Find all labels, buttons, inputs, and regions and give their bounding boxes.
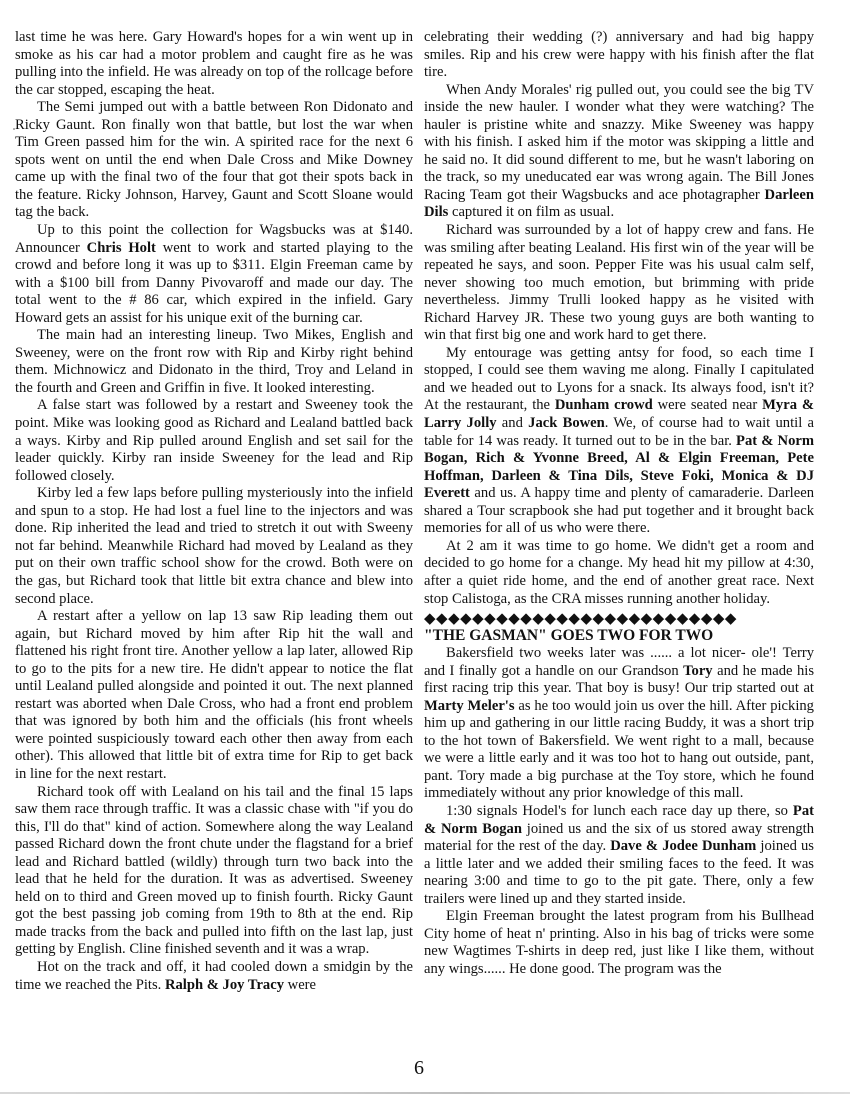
paragraph: Elgin Freeman brought the latest program…	[424, 908, 814, 978]
paragraph: A restart after a yellow on lap 13 saw R…	[15, 608, 413, 783]
bold-name: Marty Meler's	[424, 698, 515, 714]
paragraph: Up to this point the collection for Wags…	[15, 222, 413, 327]
paragraph: celebrating their wedding (?) anniversar…	[424, 29, 814, 82]
text-run: last time he was here. Gary Howard's hop…	[15, 29, 413, 98]
text-run: A false start was followed by a restart …	[15, 397, 413, 483]
left-column: last time he was here. Gary Howard's hop…	[15, 29, 413, 994]
paragraph: The main had an interesting lineup. Two …	[15, 327, 413, 397]
text-run: Richard took off with Lealand on his tai…	[15, 784, 413, 958]
paragraph: My entourage was getting antsy for food,…	[424, 345, 814, 538]
right-column-body-before: celebrating their wedding (?) anniversar…	[424, 29, 814, 608]
bold-name: Dave & Jodee Dunham	[610, 838, 756, 854]
bold-name: Chris Holt	[87, 240, 156, 256]
text-run: The main had an interesting lineup. Two …	[15, 327, 413, 396]
text-run: captured it on film as usual.	[448, 204, 614, 220]
paragraph: Richard was surrounded by a lot of happy…	[424, 222, 814, 345]
bold-name: Tory	[683, 663, 712, 679]
scan-speck	[13, 128, 15, 130]
paragraph: last time he was here. Gary Howard's hop…	[15, 29, 413, 99]
text-run: At 2 am it was time to go home. We didn'…	[424, 538, 814, 607]
paragraph: When Andy Morales' rig pulled out, you c…	[424, 82, 814, 222]
paragraph: 1:30 signals Hodel's for lunch each race…	[424, 803, 814, 908]
right-column-body-after: Bakersfield two weeks later was ...... a…	[424, 645, 814, 978]
bold-name: Dunham crowd	[555, 397, 653, 413]
text-run: Richard was surrounded by a lot of happy…	[424, 222, 814, 343]
page-number: 6	[414, 1057, 424, 1079]
text-run: celebrating their wedding (?) anniversar…	[424, 29, 814, 80]
text-run: and	[497, 415, 529, 431]
text-run: Kirby led a few laps before pulling myst…	[15, 485, 413, 606]
text-run: Elgin Freeman brought the latest program…	[424, 908, 814, 977]
paragraph: Kirby led a few laps before pulling myst…	[15, 485, 413, 608]
text-run: and us. A happy time and plenty of camar…	[424, 485, 814, 536]
paragraph: Richard took off with Lealand on his tai…	[15, 784, 413, 959]
scan-edge-line	[0, 1092, 850, 1094]
text-run: were seated near	[653, 397, 762, 413]
text-run: were	[284, 977, 316, 993]
text-run: When Andy Morales' rig pulled out, you c…	[424, 82, 814, 203]
paragraph: A false start was followed by a restart …	[15, 397, 413, 485]
diamond-divider: ◆◆◆◆◆◆◆◆◆◆◆◆◆◆◆◆◆◆◆◆◆◆◆◆◆◆	[424, 609, 814, 627]
article-headline: "THE GASMAN" GOES TWO FOR TWO	[424, 627, 814, 645]
paragraph: Hot on the track and off, it had cooled …	[15, 959, 413, 994]
paragraph: Bakersfield two weeks later was ...... a…	[424, 645, 814, 803]
newsletter-page: last time he was here. Gary Howard's hop…	[0, 0, 850, 1100]
text-run: 1:30 signals Hodel's for lunch each race…	[446, 803, 793, 819]
bold-name: Jack Bowen	[528, 415, 605, 431]
bold-name: Ralph & Joy Tracy	[165, 977, 284, 993]
text-run: A restart after a yellow on lap 13 saw R…	[15, 608, 413, 782]
right-column: celebrating their wedding (?) anniversar…	[424, 29, 814, 978]
text-run: The Semi jumped out with a battle betwee…	[15, 99, 413, 220]
paragraph: At 2 am it was time to go home. We didn'…	[424, 538, 814, 608]
paragraph: The Semi jumped out with a battle betwee…	[15, 99, 413, 222]
